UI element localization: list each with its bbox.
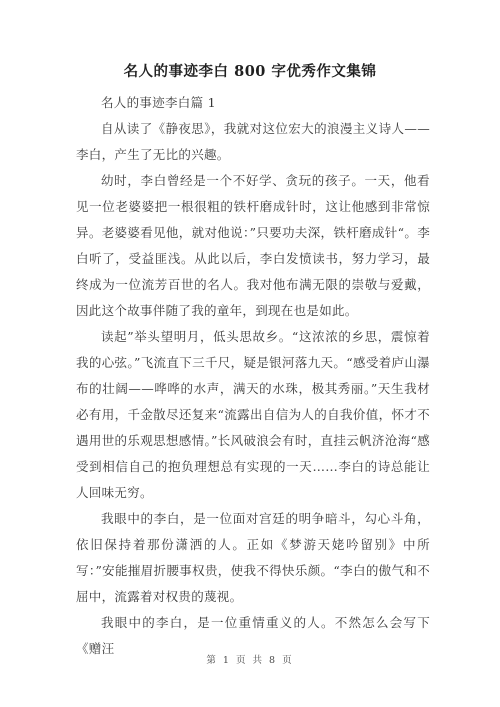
document-page: 名人的事迹李白 800 字优秀作文集锦 名人的事迹李白篇 1 自从读了《静夜思》… bbox=[0, 0, 500, 707]
document-title: 名人的事迹李白 800 字优秀作文集锦 bbox=[0, 0, 500, 84]
section-heading: 名人的事迹李白篇 1 bbox=[76, 90, 430, 116]
paragraph-4: 我眼中的李白，是一位面对宫廷的明争暗斗，勾心斗角，依旧保持着那份潇洒的人。正如《… bbox=[76, 506, 430, 610]
paragraph-2: 幼时，李白曾经是一个不好学、贪玩的孩子。一天，他看见一位老婆婆把一根很粗的铁杆磨… bbox=[76, 168, 430, 324]
page-number-footer: 第 1 页 共 8 页 bbox=[0, 652, 500, 666]
document-body: 名人的事迹李白篇 1 自从读了《静夜思》，我就对这位宏大的浪漫主义诗人——李白，… bbox=[76, 90, 430, 662]
paragraph-3: 读起”举头望明月，低头思故乡。“这浓浓的乡思，震惊着我的心弦。”飞流直下三千尺，… bbox=[76, 324, 430, 506]
paragraph-1: 自从读了《静夜思》，我就对这位宏大的浪漫主义诗人——李白，产生了无比的兴趣。 bbox=[76, 116, 430, 168]
